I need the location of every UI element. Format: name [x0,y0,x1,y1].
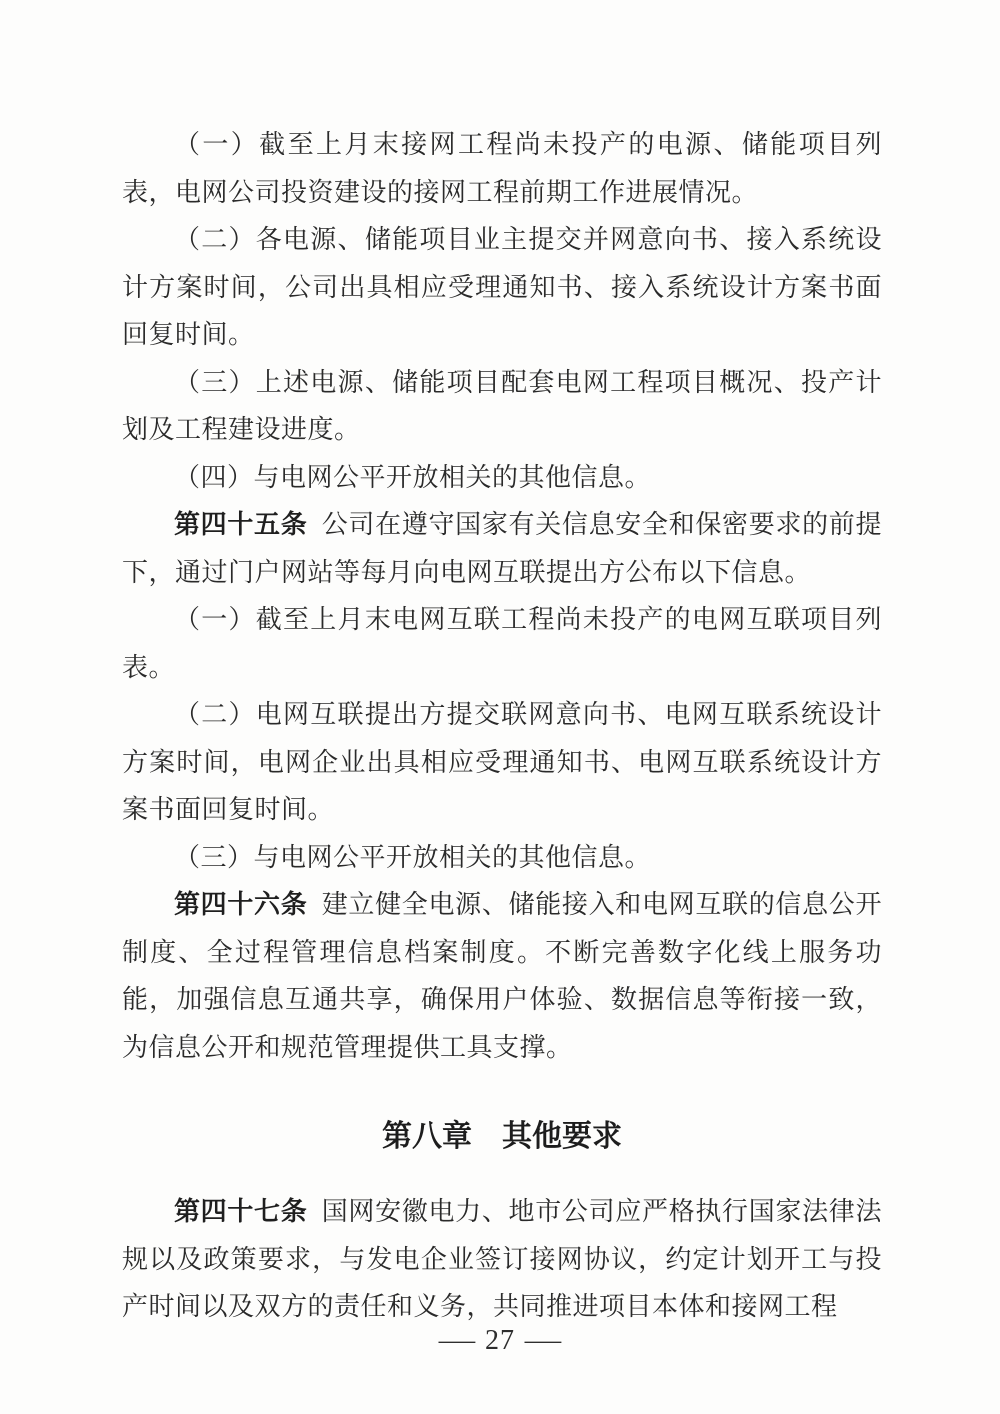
body-paragraph: （一）截至上月末接网工程尚未投产的电源、储能项目列表，电网公司投资建设的接网工程… [122,121,882,216]
body-paragraph: （一）截至上月末电网互联工程尚未投产的电网互联项目列表。 [122,596,882,691]
body-paragraph: 第四十五条公司在遵守国家有关信息安全和保密要求的前提下，通过门户网站等每月向电网… [122,501,882,596]
body-paragraph: （四）与电网公平开放相关的其他信息。 [122,454,882,502]
footer-dash-right: — [525,1326,561,1356]
page-footer: —27— [0,1326,1000,1356]
body-paragraph: （二）电网互联提出方提交联网意向书、电网互联系统设计方案时间，电网企业出具相应受… [122,691,882,834]
document-page: （一）截至上月末接网工程尚未投产的电源、储能项目列表，电网公司投资建设的接网工程… [0,0,1000,1414]
body-paragraph: （三）与电网公平开放相关的其他信息。 [122,834,882,882]
body-paragraph: 第四十七条国网安徽电力、地市公司应严格执行国家法律法规以及政策要求，与发电企业签… [122,1188,882,1331]
body-paragraph: （二）各电源、储能项目业主提交并网意向书、接入系统设计方案时间，公司出具相应受理… [122,216,882,359]
body-paragraph: （三）上述电源、储能项目配套电网工程项目概况、投产计划及工程建设进度。 [122,359,882,454]
paragraph-text: （二）电网互联提出方提交联网意向书、电网互联系统设计方案时间，电网企业出具相应受… [122,700,882,824]
page-body: （一）截至上月末接网工程尚未投产的电源、储能项目列表，电网公司投资建设的接网工程… [122,121,882,1331]
paragraph-text: （三）与电网公平开放相关的其他信息。 [174,843,651,872]
paragraph-text: （二）各电源、储能项目业主提交并网意向书、接入系统设计方案时间，公司出具相应受理… [122,225,882,349]
article-number: 第四十六条 [174,889,307,919]
footer-dash-left: — [439,1326,475,1356]
paragraph-text: （四）与电网公平开放相关的其他信息。 [174,463,651,492]
paragraph-text: （一）截至上月末接网工程尚未投产的电源、储能项目列表，电网公司投资建设的接网工程… [122,130,882,207]
body-paragraph: 第四十六条建立健全电源、储能接入和电网互联的信息公开制度、全过程管理信息档案制度… [122,881,882,1071]
article-number: 第四十七条 [174,1196,307,1226]
paragraph-text: （一）截至上月末电网互联工程尚未投产的电网互联项目列表。 [122,605,882,682]
chapter-heading: 第八章 其他要求 [122,1113,882,1161]
page-number: 27 [485,1325,515,1356]
article-number: 第四十五条 [174,509,307,539]
paragraph-text: （三）上述电源、储能项目配套电网工程项目概况、投产计划及工程建设进度。 [122,368,882,445]
